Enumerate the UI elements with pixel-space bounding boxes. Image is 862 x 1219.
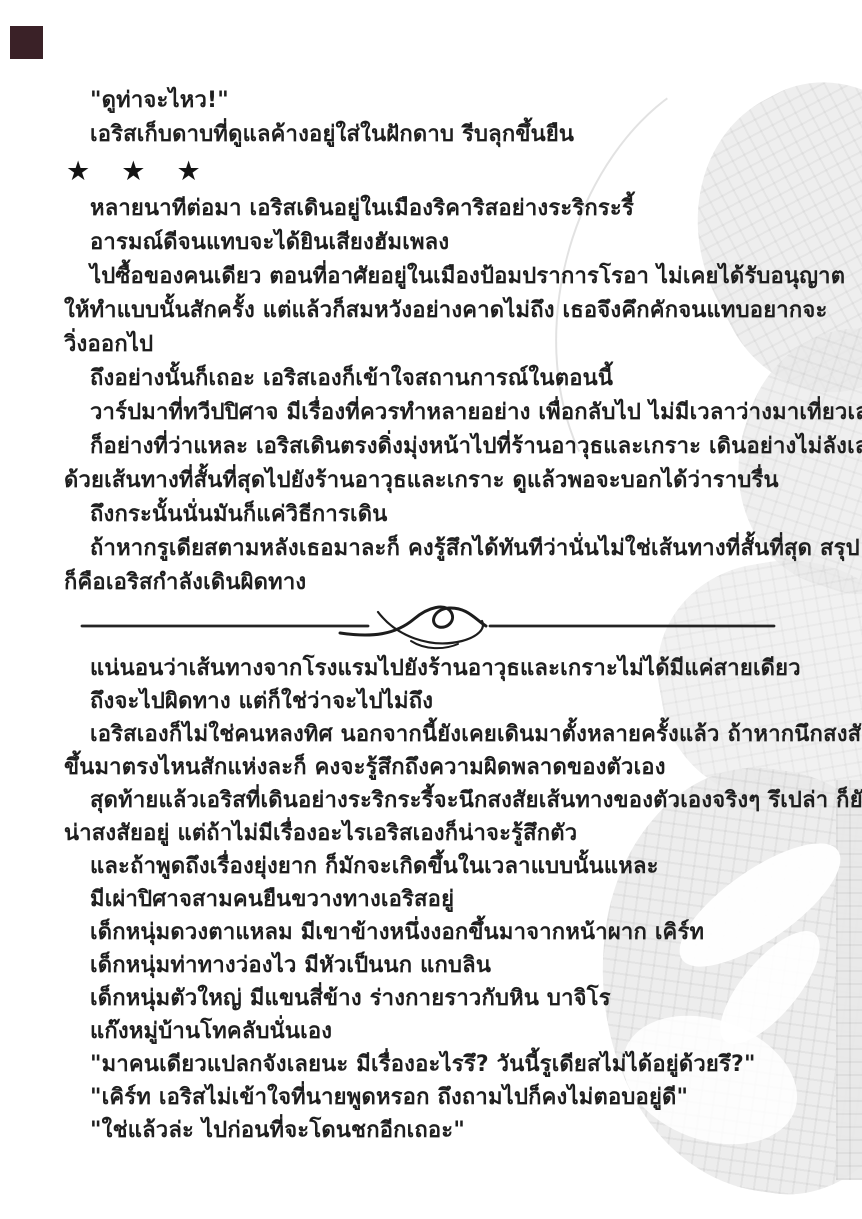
novel-line: ด้วยเส้นทางที่สั้นที่สุดไปยังร้านอาวุธแล…	[64, 464, 812, 498]
novel-line: "มาคนเดียวแปลกจังเลยนะ มีเรื่องอะไรรึ? ว…	[64, 1048, 812, 1081]
star-icon: ★	[176, 152, 200, 192]
novel-line: "ใช่แล้วล่ะ ไปก่อนที่จะโดนชกอีกเถอะ"	[64, 1114, 812, 1147]
novel-line: "เคิร์ท เอริสไม่เข้าใจที่นายพูดหรอก ถึงถ…	[64, 1081, 812, 1114]
novel-line: เด็กหนุ่มดวงตาแหลม มีเขาข้างหนึ่งงอกขึ้น…	[64, 916, 812, 949]
novel-line: เด็กหนุ่มท่าทางว่องไว มีหัวเป็นนก แกบลิน	[64, 949, 812, 982]
background-edge-texture	[836, 780, 862, 1180]
novel-line: เอริสเองก็ไม่ใช่คนหลงทิศ นอกจากนี้ยังเคย…	[64, 718, 812, 751]
star-icon: ★	[121, 152, 145, 192]
novel-line: หลายนาทีต่อมา เอริสเดินอยู่ในเมืองริคาริ…	[64, 192, 812, 226]
novel-line: ก็อย่างที่ว่าแหละ เอริสเดินตรงดิ่งมุ่งหน…	[64, 430, 812, 464]
scene-break-stars: ★★★	[64, 152, 812, 192]
novel-page: "ดูท่าจะไหว!"เอริสเก็บดาบที่ดูแลค้างอยู่…	[0, 0, 862, 1219]
novel-line: ถึงจะไปผิดทาง แต่ก็ใช่ว่าจะไปไม่ถึง	[64, 685, 812, 718]
novel-line: แน่นอนว่าเส้นทางจากโรงแรมไปยังร้านอาวุธแ…	[64, 652, 812, 685]
paragraph-block-closing: แน่นอนว่าเส้นทางจากโรงแรมไปยังร้านอาวุธแ…	[64, 652, 812, 1147]
novel-text-column: "ดูท่าจะไหว!"เอริสเก็บดาบที่ดูแลค้างอยู่…	[64, 84, 812, 1147]
novel-line: แก๊งหมู่บ้านโทคลับนั่นเอง	[64, 1015, 812, 1048]
novel-line: เด็กหนุ่มตัวใหญ่ มีแขนสี่ข้าง ร่างกายราว…	[64, 982, 812, 1015]
novel-line: ไปซื้อของคนเดียว ตอนที่อาศัยอยู่ในเมืองป…	[64, 260, 812, 294]
novel-line: ถึงอย่างนั้นก็เถอะ เอริสเองก็เข้าใจสถานก…	[64, 362, 812, 396]
paragraph-block-opening: "ดูท่าจะไหว!"เอริสเก็บดาบที่ดูแลค้างอยู่…	[64, 84, 812, 152]
page-corner-mark	[10, 26, 43, 59]
novel-line: ถ้าหากรูเดียสตามหลังเธอมาละก็ คงรู้สึกได…	[64, 532, 812, 566]
novel-line: สุดท้ายแล้วเอริสที่เดินอย่างระริกระรี้จะ…	[64, 784, 812, 817]
novel-line: "ดูท่าจะไหว!"	[64, 84, 812, 118]
novel-line: ขึ้นมาตรงไหนสักแห่งละก็ คงจะรู้สึกถึงควา…	[64, 751, 812, 784]
novel-line: ถึงกระนั้นนั่นมันก็แค่วิธีการเดิน	[64, 498, 812, 532]
star-icon: ★	[66, 152, 90, 192]
novel-line: วิ่งออกไป	[64, 328, 812, 362]
novel-line: ก็คือเอริสกำลังเดินผิดทาง	[64, 566, 812, 600]
novel-line: และถ้าพูดถึงเรื่องยุ่งยาก ก็มักจะเกิดขึ้…	[64, 850, 812, 883]
novel-line: น่าสงสัยอยู่ แต่ถ้าไม่มีเรื่องอะไรเอริสเ…	[64, 817, 812, 850]
novel-line: อารมณ์ดีจนแทบจะได้ยินเสียงฮัมเพลง	[64, 226, 812, 260]
novel-line: มีเผ่าปิศาจสามคนยืนขวางทางเอริสอยู่	[64, 883, 812, 916]
novel-line: เอริสเก็บดาบที่ดูแลค้างอยู่ใส่ในฝักดาบ ร…	[64, 118, 812, 152]
paragraph-block-main: หลายนาทีต่อมา เอริสเดินอยู่ในเมืองริคาริ…	[64, 192, 812, 600]
novel-line: วาร์ปมาที่ทวีปปิศาจ มีเรื่องที่ควรทำหลาย…	[64, 396, 812, 430]
section-divider-ornament	[78, 602, 778, 652]
novel-line: ให้ทำแบบนั้นสักครั้ง แต่แล้วก็สมหวังอย่า…	[64, 294, 812, 328]
